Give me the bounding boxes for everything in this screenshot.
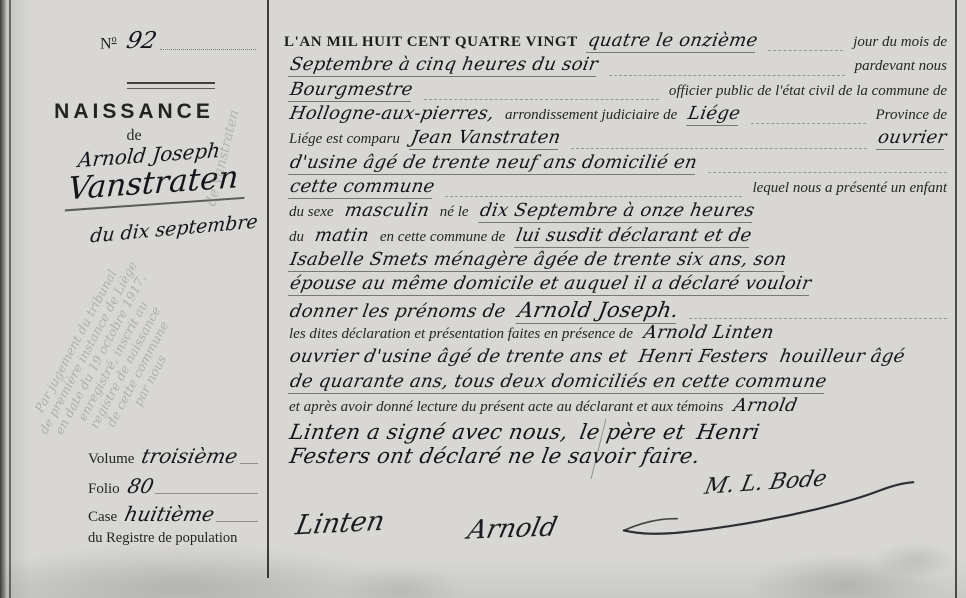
blank-rule [216,511,258,522]
act-number-row: No 92 [100,28,260,54]
handwritten-segment: le père et [578,420,687,444]
body-line: Isabelle Smets ménagère âgée de trente s… [284,249,952,273]
handwritten-segment: quatre le onzième [586,30,759,53]
printed-segment: L'AN MIL HUIT CENT QUATRE VINGT [284,34,578,51]
printed-segment: jour du mois de [853,34,947,51]
body-line: dumatinen cette commune delui susdit déc… [284,225,952,249]
body-lines: L'AN MIL HUIT CENT QUATRE VINGTquatre le… [284,30,952,468]
no-superscript: o [112,34,117,45]
page-right-rule [955,0,957,598]
blank-rule [768,38,843,52]
act-number-label: No [100,34,117,53]
printed-segment: pardevant nous [855,58,947,75]
body-line: cette communelequel nous a présenté un e… [284,176,952,200]
handwritten-segment: donner les prénoms de [288,301,507,322]
blank-rule [445,184,742,198]
case-value: huitième [123,502,217,526]
blank-rule [708,159,947,173]
blank-rule [609,62,845,76]
handwritten-segment: Henri Festers [637,346,770,367]
handwritten-segment: Bourgmestre [288,79,415,102]
handwritten-segment: Arnold [732,395,799,416]
handwritten-segment: de quarante ans, tous deux domiciliés en… [288,371,828,394]
body-line: d'usine âgé de trente neuf ans domicilié… [284,152,952,176]
volume-label: Volume [88,451,134,468]
folio-value: 80 [125,474,156,498]
binding-rule [9,0,11,598]
binding-edge [0,0,6,598]
handwritten-segment: houilleur âgé [778,346,906,367]
body-line: de quarante ans, tous deux domiciliés en… [284,371,952,395]
body-line: Hollogne-aux-pierres,arrondissement judi… [284,103,952,127]
printed-segment: né le [440,204,469,221]
printed-segment: arrondissement judiciaire de [505,107,677,124]
printed-segment: du sexe [289,204,334,221]
body-line: et après avoir donné lecture du présent … [284,395,952,419]
signature-witness-linten: Linten [293,506,387,542]
volume-row: Volume troisième [88,444,260,468]
case-label: Case [88,509,117,526]
scanned-birth-record: No 92 NAISSANCE de Arnold Joseph Vanstra… [0,0,966,598]
body-line: du sexemasculinné ledix Septembre à onze… [284,200,952,224]
signature-officer-bode: M. L. Bode [616,457,929,538]
case-row: Case huitième [88,502,260,526]
handwritten-segment: masculin [343,200,431,221]
body-line: Liége est comparuJean Vanstratenouvrier [284,127,952,151]
column-divider-rule [267,0,269,578]
printed-segment: en cette commune de [380,229,505,246]
handwritten-segment: Arnold Linten [642,322,775,343]
printed-segment: Liége est comparu [289,131,400,148]
handwritten-segment: ouvrier d'usine âgé de trente ans et [288,346,629,367]
body-line: donner les prénoms deArnold Joseph. [284,298,952,322]
handwritten-segment: Jean Vanstraten [409,127,562,150]
handwritten-segment: Arnold Joseph. [515,298,680,324]
printed-segment: lequel nous a présenté un enfant [752,180,947,197]
body-line: les dites déclaration et présentation fa… [284,322,952,346]
folio-label: Folio [88,481,120,498]
printed-segment: du [289,229,304,246]
handwritten-segment: Linten a signé avec nous, [288,420,570,444]
body-line: Bourgmestreofficier public de l'état civ… [284,79,952,103]
blank-rule [571,135,866,149]
body-line: épouse au même domicile et auquel il a d… [284,273,952,297]
handwritten-segment: Hollogne-aux-pierres, [288,103,496,124]
handwritten-segment: d'usine âgé de trente neuf ans domicilié… [288,152,699,175]
handwritten-segment: dix Septembre à onze heures [477,200,755,223]
printed-segment: et après avoir donné lecture du présent … [289,399,723,416]
handwritten-segment: épouse au même domicile et auquel il a d… [288,273,813,296]
blank-rule [155,483,258,494]
body-line: ouvrier d'usine âgé de trente ans etHenr… [284,346,952,370]
blank-rule [240,453,258,464]
volume-value: troisième [140,444,240,468]
handwritten-segment: Festers ont déclaré ne le savoir faire. [288,444,702,468]
handwritten-segment: ouvrier [876,127,948,150]
blank-rule [751,111,865,125]
handwritten-segment: cette commune [288,176,436,199]
folio-row: Folio 80 [88,474,260,498]
register-caption: du Registre de population [88,530,237,547]
body-line: L'AN MIL HUIT CENT QUATRE VINGTquatre le… [284,30,952,54]
blank-rule [424,86,659,100]
handwritten-segment: lui susdit déclarant et de [514,225,753,248]
act-number-value: 92 [124,28,159,54]
printed-segment: officier public de l'état civil de la co… [669,83,947,100]
blank-rule [689,305,947,319]
signature-father-arnold: Arnold [465,512,560,545]
body-line: Linten a signé avec nous,le père etHenri [284,420,952,444]
printed-segment: les dites déclaration et présentation fa… [289,326,633,343]
handwritten-segment: Liége [686,103,742,126]
printed-segment: Province de [876,107,948,124]
handwritten-segment: Isabelle Smets ménagère âgée de trente s… [288,249,788,272]
blank-rule [160,36,256,50]
handwritten-segment: Septembre à cinq heures du soir [288,54,600,77]
body-line: Septembre à cinq heures du soirpardevant… [284,54,952,78]
handwritten-segment: Henri [694,420,761,444]
handwritten-segment: matin [313,225,371,246]
double-rule [127,82,215,89]
